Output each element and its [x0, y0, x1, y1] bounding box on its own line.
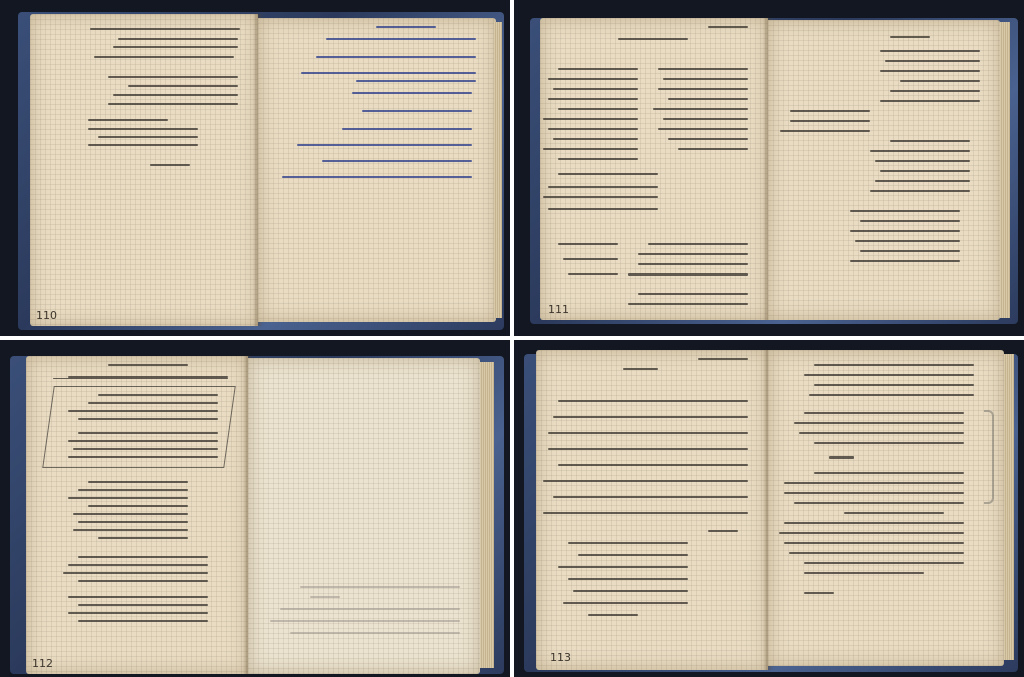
page-edges — [1000, 22, 1010, 318]
notebook-page-left: 112 — [26, 356, 248, 674]
notebook-page-right — [248, 358, 480, 674]
bracket-mark — [984, 410, 994, 504]
photo-panel-bottom-left: 112 — [0, 340, 510, 677]
photo-panel-top-right: 111 — [514, 0, 1024, 336]
notebook-page-left: 110 — [30, 14, 258, 326]
page-edges — [1004, 354, 1014, 660]
photo-panel-bottom-right: 113 — [514, 340, 1024, 677]
photo-panel-top-left: 110 — [0, 0, 510, 336]
notebook-page-right — [768, 350, 1004, 666]
page-number: 110 — [36, 309, 57, 322]
page-number: 112 — [32, 657, 53, 670]
page-number: 113 — [550, 651, 571, 664]
notebook-page-right — [768, 20, 1000, 320]
notebook-page-left: 111 — [540, 18, 768, 320]
page-edges — [494, 22, 502, 318]
page-edges — [480, 362, 494, 668]
page-number: 111 — [548, 303, 569, 316]
notebook-page-right — [258, 18, 496, 322]
notebook-page-left: 113 — [536, 350, 768, 670]
